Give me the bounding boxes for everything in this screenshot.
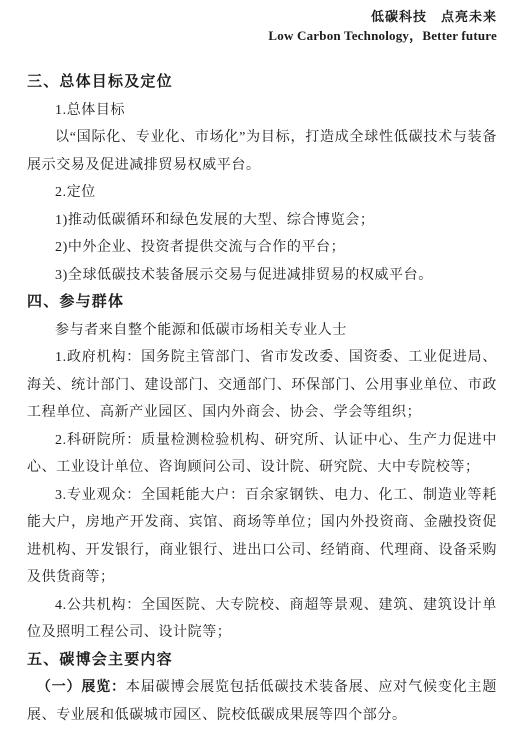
letterhead-slogan-chinese: 低碳科技 点亮未来 [27,7,497,26]
participant-group-professional: 3.专业观众：全国耗能大户：百余家钢铁、电力、化工、制造业等耗能大户，房地产开发… [27,482,497,592]
participant-group-research: 2.科研院所：质量检测检验机构、研究所、认证中心、生产力促进中心、工业设计单位、… [27,427,497,482]
section-goals-heading: 三、总体目标及定位 [27,69,497,97]
page: { "header": { "slogan_zh": "低碳科技 点亮未来", … [0,0,521,745]
participant-group-government: 1.政府机构：国务院主管部门、省市发改委、国资委、工业促进局、海关、统计部门、建… [27,344,497,427]
section-participants-heading: 四、参与群体 [27,289,497,317]
goal-label: 1.总体目标 [27,97,497,125]
participants-intro: 参与者来自整个能源和低碳市场相关专业人士 [27,317,497,345]
letterhead: 低碳科技 点亮未来 Low Carbon Technology，Better f… [27,7,497,45]
letterhead-slogan-english: Low Carbon Technology，Better future [27,26,497,45]
position-item-2: 2)中外企业、投资者提供交流与合作的平台； [27,234,497,262]
exhibition-paragraph: （一）展览：本届碳博会展览包括低碳技术装备展、应对气候变化主题展、专业展和低碳城… [27,674,497,729]
position-item-1: 1)推动低碳循环和绿色发展的大型、综合博览会； [27,207,497,235]
position-item-3: 3)全球低碳技术装备展示交易与促进减排贸易的权威平台。 [27,262,497,290]
document-body: 三、总体目标及定位 1.总体目标 以“国际化、专业化、市场化”为目标，打造成全球… [27,69,497,729]
document-page: 低碳科技 点亮未来 Low Carbon Technology，Better f… [0,0,521,745]
position-label: 2.定位 [27,179,497,207]
goal-text: 以“国际化、专业化、市场化”为目标，打造成全球性低碳技术与装备展示交易及促进减排… [27,124,497,179]
exhibition-lead: （一）展览： [37,680,126,695]
participant-group-public: 4.公共机构：全国医院、大专院校、商超等景观、建筑、建筑设计单位及照明工程公司、… [27,592,497,647]
section-content-heading: 五、碳博会主要内容 [27,647,497,675]
